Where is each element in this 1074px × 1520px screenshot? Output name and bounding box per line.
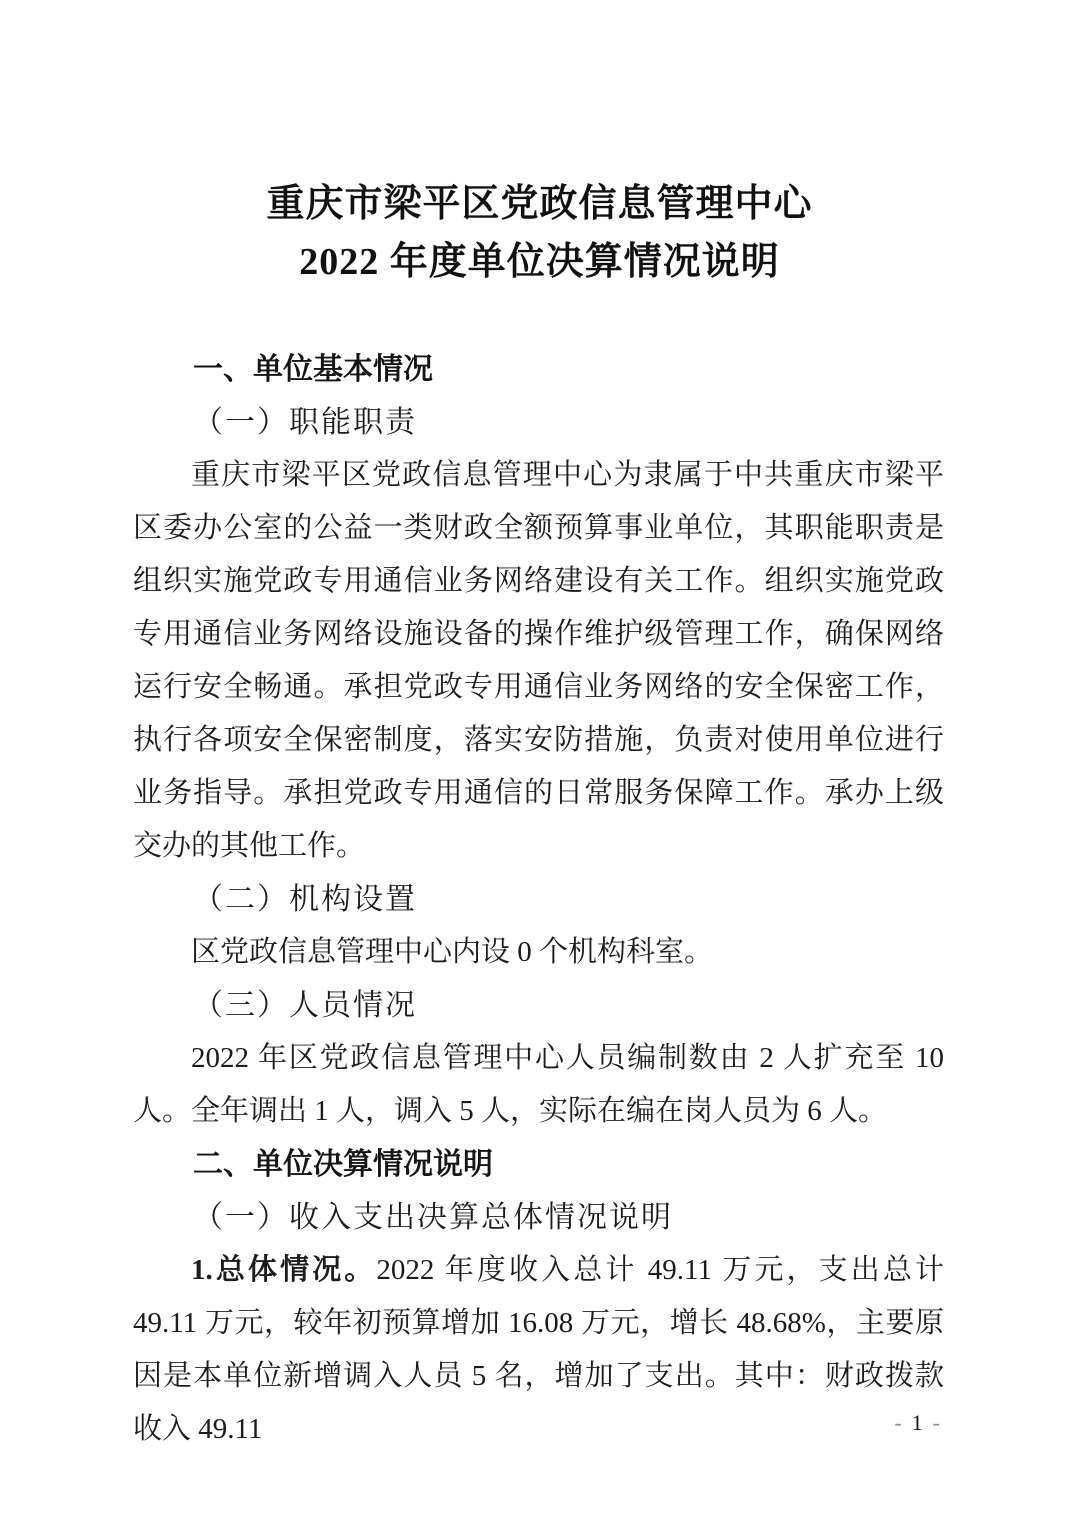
subsection-heading-income-expense-overview: （一）收入支出决算总体情况说明 [133,1191,944,1244]
paragraph-staffing: 2022 年区党政信息管理中心人员编制数由 2 人扩充至 10 人。全年调出 1… [133,1032,944,1138]
paragraph-functions: 重庆市梁平区党政信息管理中心为隶属于中共重庆市梁平区委办公室的公益一类财政全额预… [133,449,944,873]
subsection-heading-functions: （一）职能职责 [133,396,944,449]
page-number-value: 1 [912,1410,923,1435]
section-heading-basic-info: 一、单位基本情况 [133,343,944,396]
document-page: 重庆市梁平区党政信息管理中心 2022 年度单位决算情况说明 一、单位基本情况 … [0,0,1074,1520]
paragraph-overview-lead: 1.总体情况。 [191,1254,376,1286]
page-number-right-dash: - [923,1410,950,1435]
subsection-heading-org-setup: （二）机构设置 [133,873,944,926]
paragraph-org-setup: 区党政信息管理中心内设 0 个机构科室。 [133,926,944,979]
document-title: 重庆市梁平区党政信息管理中心 2022 年度单位决算情况说明 [133,175,946,291]
page-number-left-dash: - [884,1410,911,1435]
subsection-heading-staffing: （三）人员情况 [133,979,944,1032]
section-heading-final-accounts: 二、单位决算情况说明 [133,1138,944,1191]
page-number: -1- [884,1408,950,1438]
document-body: 一、单位基本情况 （一）职能职责 重庆市梁平区党政信息管理中心为隶属于中共重庆市… [133,343,944,1456]
paragraph-overview: 1.总体情况。2022 年度收入总计 49.11 万元，支出总计 49.11 万… [133,1244,944,1456]
document-title-line-2: 2022 年度单位决算情况说明 [133,233,946,291]
document-title-line-1: 重庆市梁平区党政信息管理中心 [133,175,946,233]
